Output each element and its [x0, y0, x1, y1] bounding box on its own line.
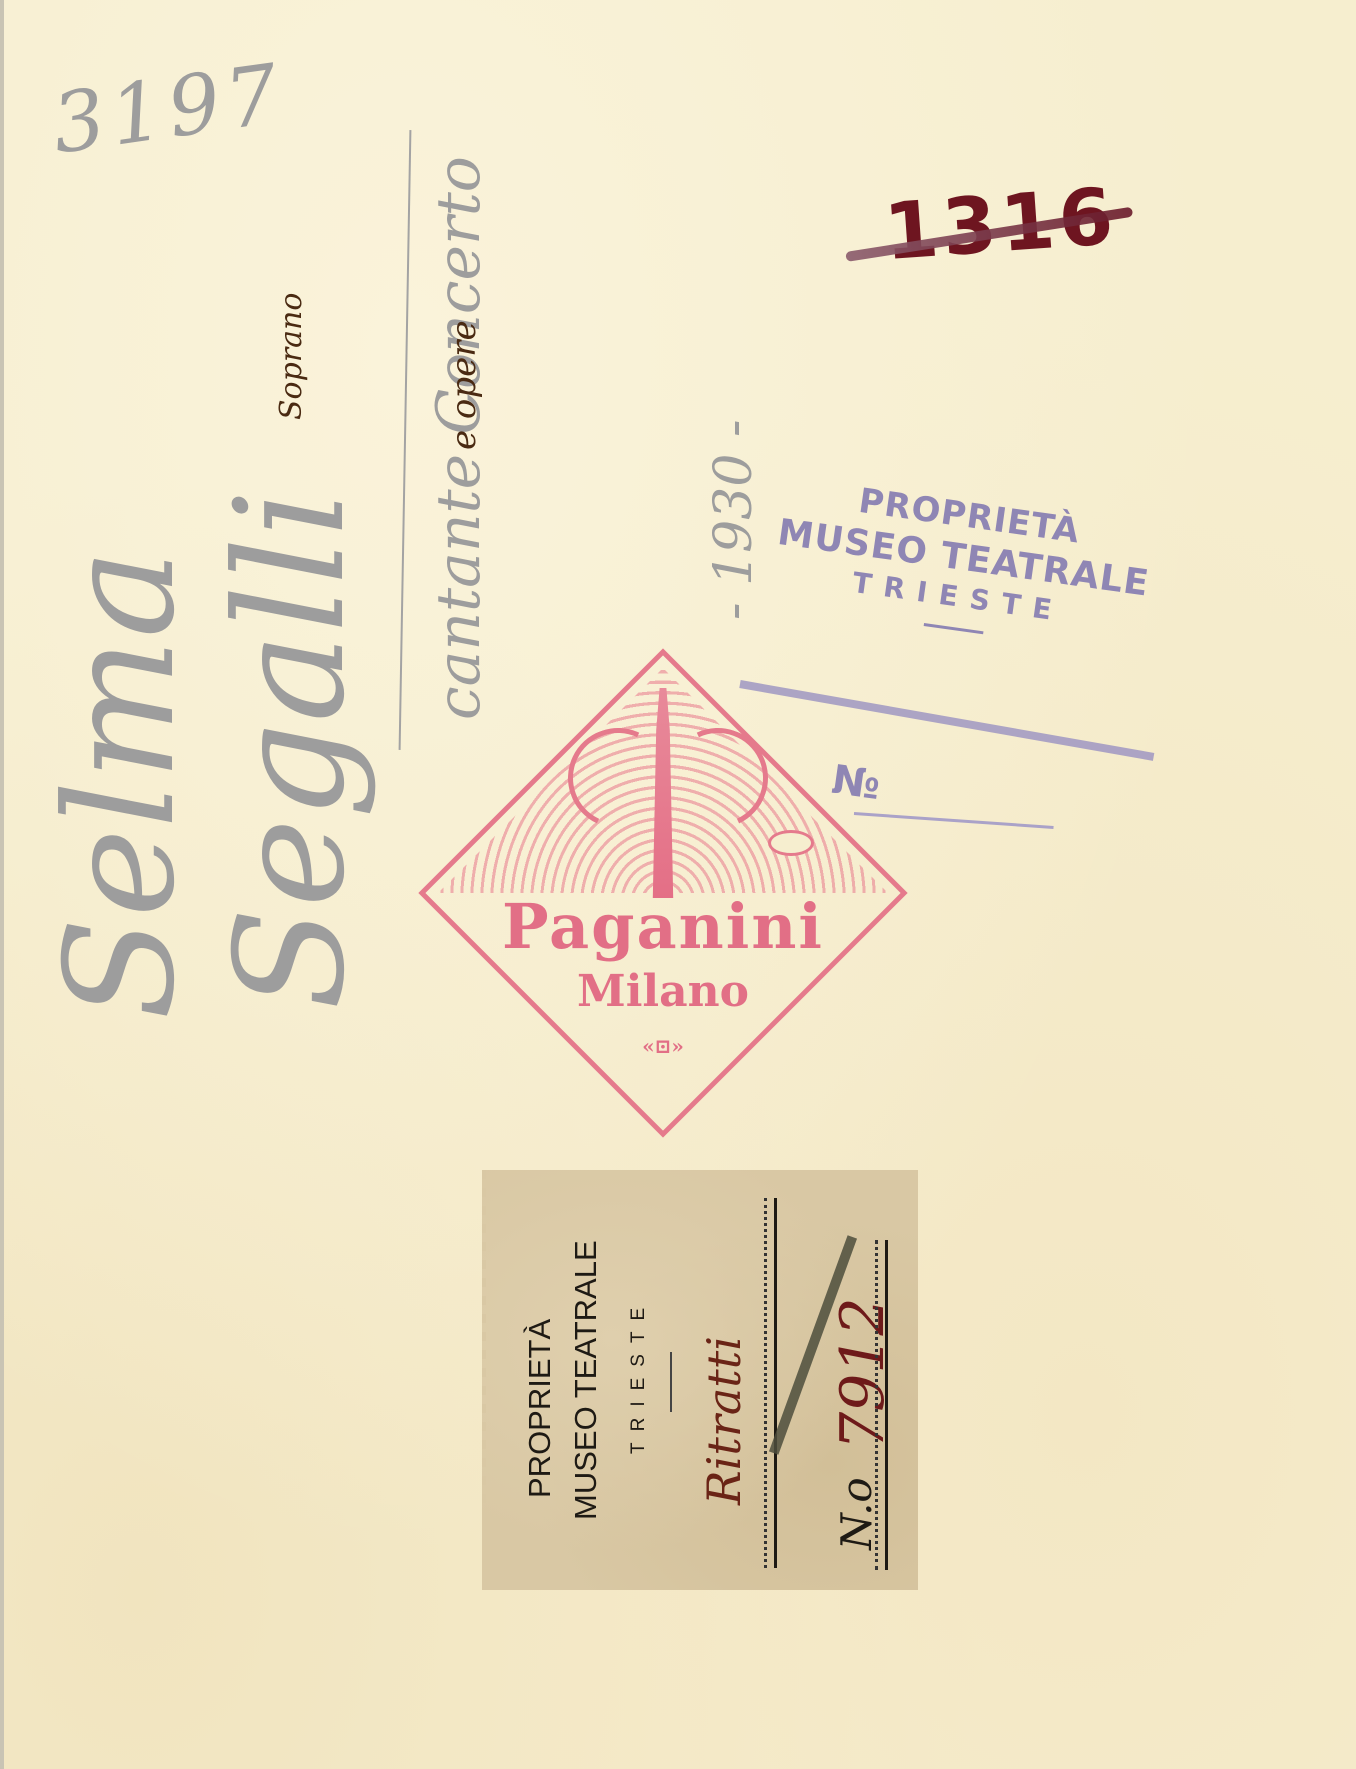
label-number-prefix: N.o: [832, 1477, 881, 1550]
label-line-2: MUSEO TEATRALE: [568, 1240, 604, 1520]
photographer-name: Paganini: [418, 890, 908, 963]
photo-card-verso: 3197 1316 Selma Segalli Soprano cantante…: [0, 0, 1356, 1769]
handwritten-year: - 1930 -: [704, 419, 764, 620]
cloud-icon: [768, 830, 814, 856]
inventory-number-pencil: 3197: [47, 46, 291, 172]
label-line-1: PROPRIETÀ: [522, 1319, 558, 1498]
catalog-number: 1316: [881, 172, 1120, 278]
handwritten-last-name: Segalli: [204, 489, 378, 1010]
handwritten-role: Soprano: [274, 293, 309, 420]
label-dotted-line-1: [764, 1198, 767, 1568]
handwritten-description-line2: e opere: [444, 320, 484, 450]
label-line-3: TRIESTE: [628, 1297, 650, 1454]
photographer-mark-icon: «⊡»: [418, 1034, 908, 1058]
label-rule-2: [885, 1240, 888, 1570]
stamp-dash: [924, 623, 984, 634]
label-dash: [670, 1352, 672, 1412]
photographer-city: Milano: [418, 966, 908, 1017]
label-dotted-line-2: [875, 1240, 878, 1570]
perforated-edge: [476, 1170, 486, 1590]
label-category: Ritratti: [697, 1336, 751, 1505]
handwritten-first-name: Selma: [34, 549, 208, 1020]
museum-ownership-stamp: PROPRIETÀ MUSEO TEATRALE TRIESTE: [765, 470, 1160, 657]
label-rule-1: [774, 1198, 777, 1568]
photographer-stamp: Paganini Milano «⊡»: [418, 648, 908, 1138]
museum-label: PROPRIETÀ MUSEO TEATRALE TRIESTE Ritratt…: [482, 1170, 918, 1590]
pencil-rule: [399, 130, 412, 750]
